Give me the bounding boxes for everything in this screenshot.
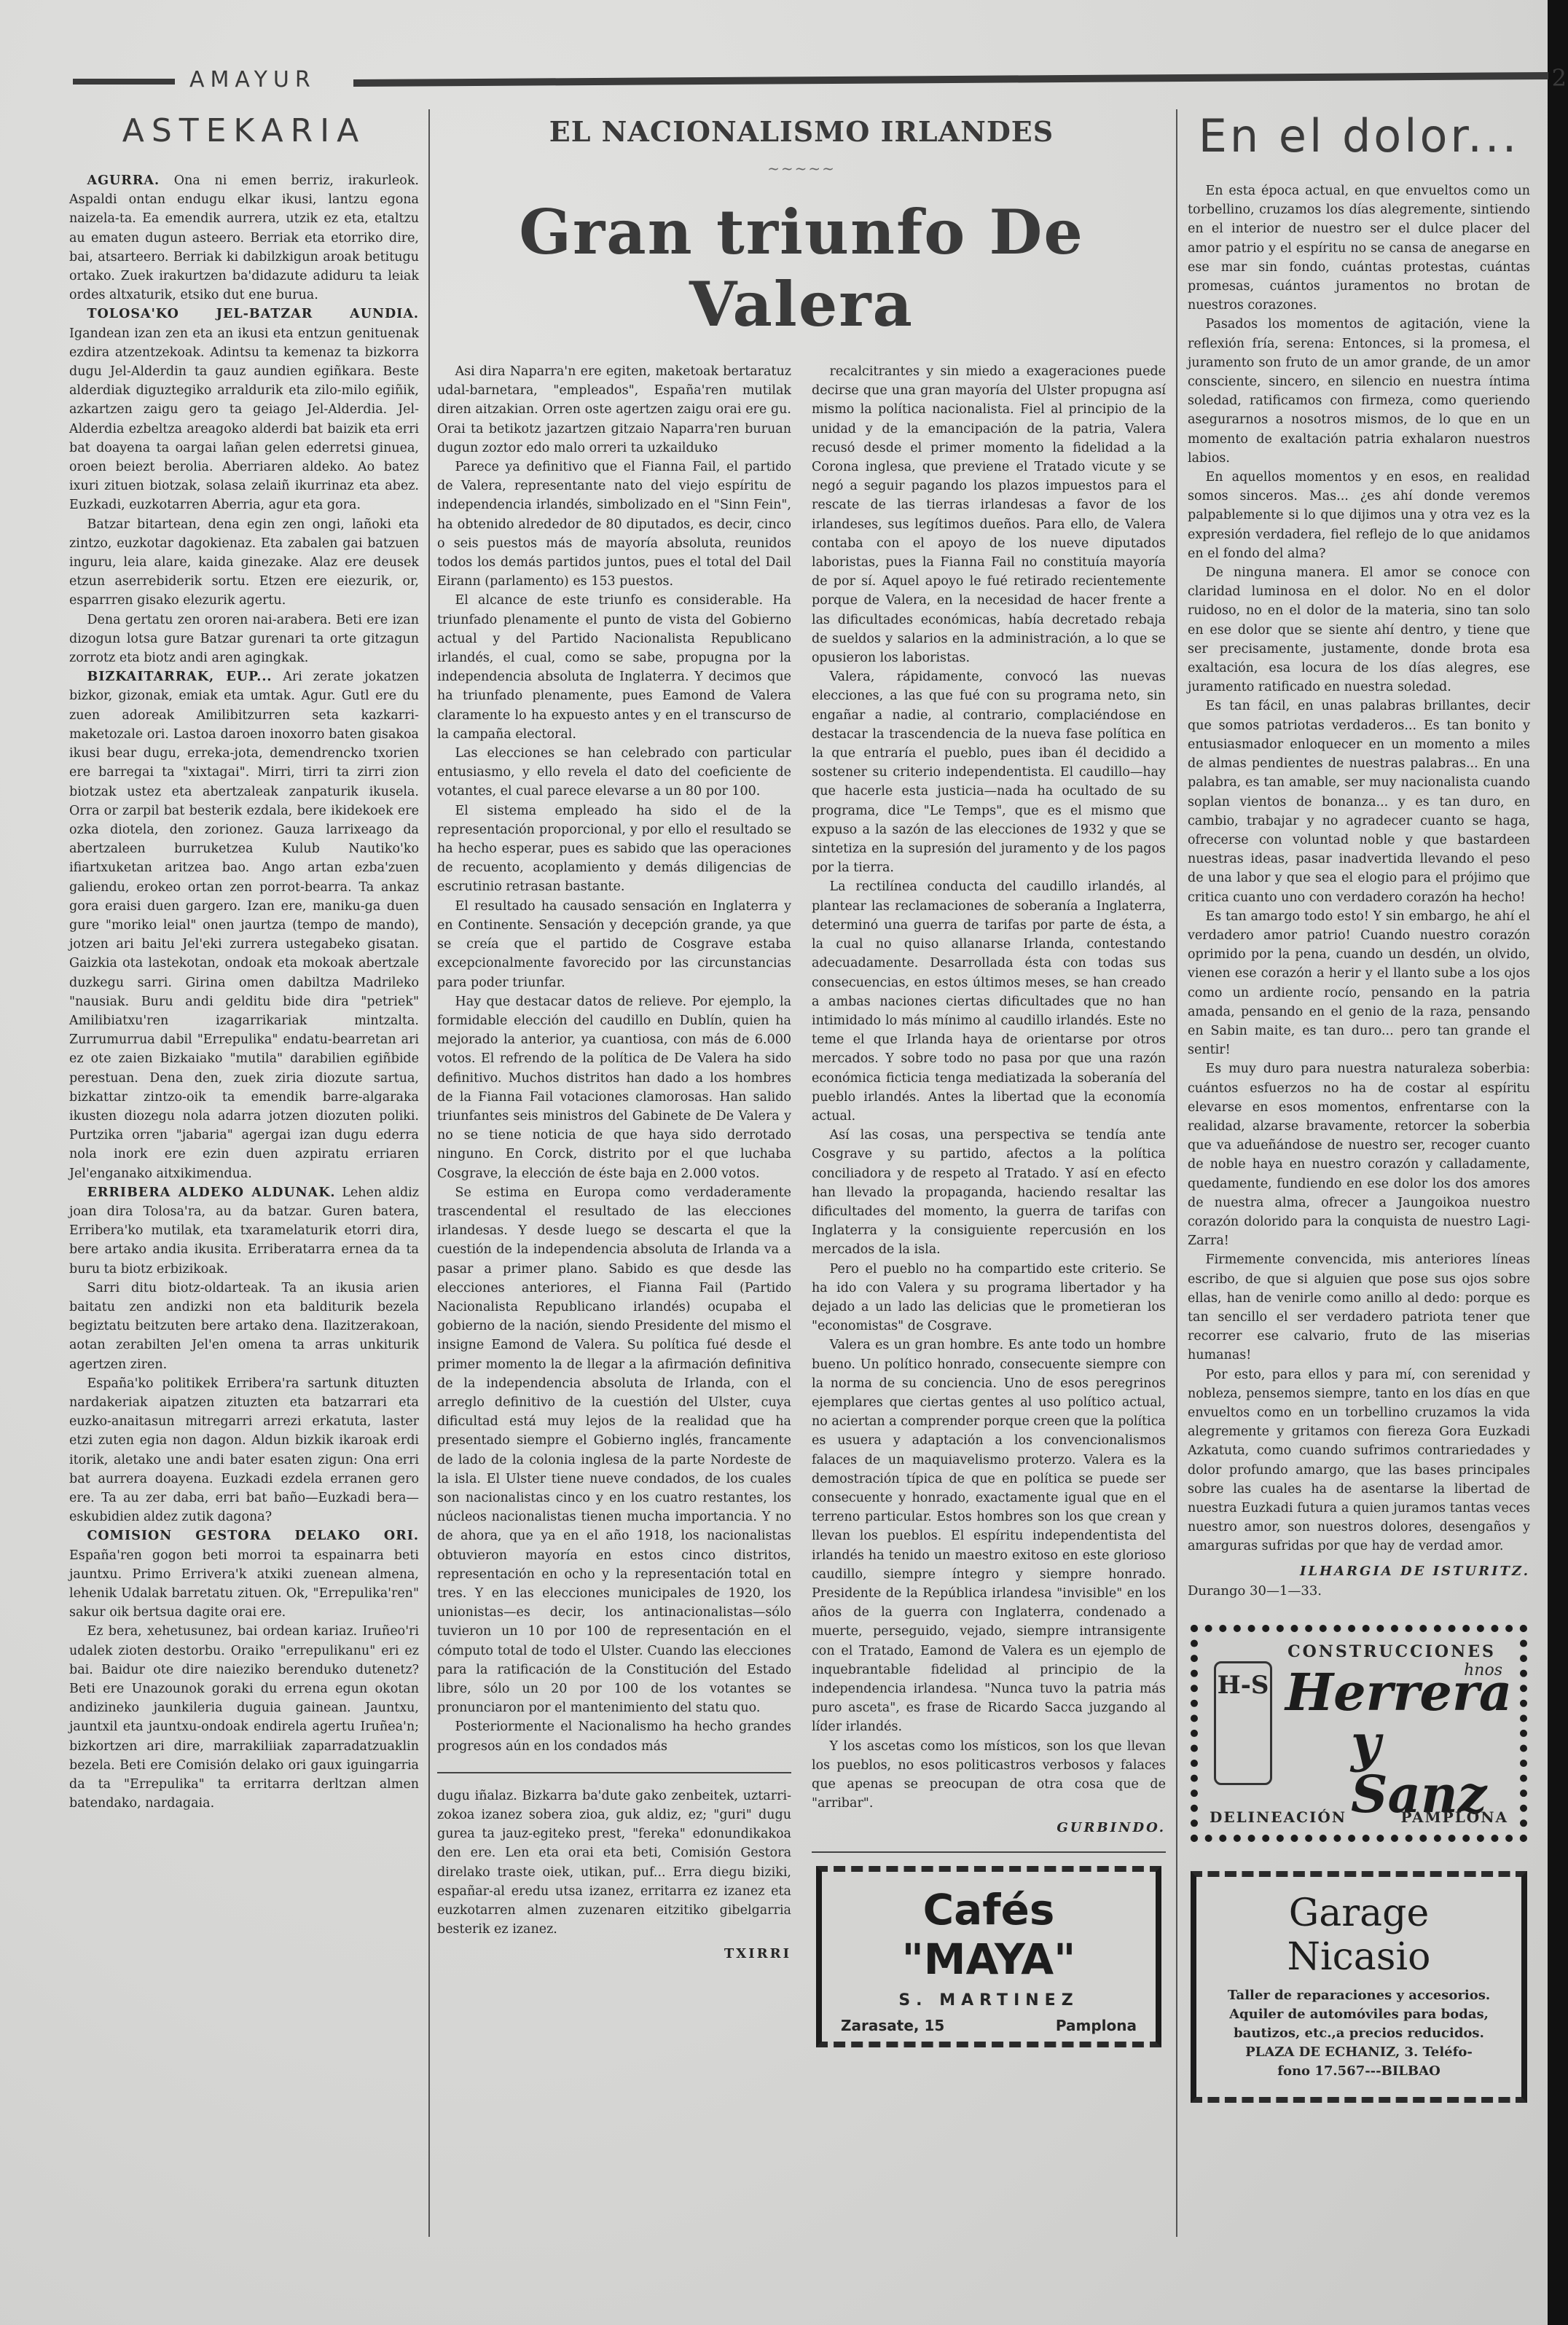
column-title: ASTEKARIA xyxy=(69,112,419,149)
paragraph-text: El sistema empleado ha sido el de la rep… xyxy=(437,804,791,895)
paragraph: Sarri ditu biotz-oldarteak. Ta an ikusia… xyxy=(69,1279,419,1374)
paragraph: Es tan amargo todo esto! Y sin embargo, … xyxy=(1188,907,1530,1060)
scan-edge xyxy=(1548,0,1568,2325)
ad-line: fono 17.567---BILBAO xyxy=(1212,2062,1505,2081)
paragraph-text: En esta época actual, en que envueltos c… xyxy=(1188,184,1530,313)
paragraph-text: España'ko politikek Erribera'ra sartunk … xyxy=(69,1376,419,1524)
paragraph-text: Por esto, para ellos y para mí, con sere… xyxy=(1188,1368,1530,1554)
paragraph-text: Asi dira Naparra'n ere egiten, maketoak … xyxy=(437,364,791,455)
paragraph: AGURRA. Ona ni emen berriz, irakurleok. … xyxy=(69,171,419,305)
paragraph-text: Es tan amargo todo esto! Y sin embargo, … xyxy=(1188,909,1530,1057)
paragraph-text: Firmemente convencida, mis anteriores lí… xyxy=(1188,1252,1530,1363)
ad-address: Zarasate, 15 xyxy=(841,2017,944,2034)
paragraph: Parece ya definitivo que el Fianna Fail,… xyxy=(437,458,791,591)
section-rule xyxy=(812,1851,1166,1853)
article-kicker: EL NACIONALISMO IRLANDES xyxy=(437,115,1166,148)
column-body: AGURRA. Ona ni emen berriz, irakurleok. … xyxy=(69,171,419,1813)
paragraph: Es tan fácil, en unas palabras brillante… xyxy=(1188,697,1530,906)
paragraph-lead: BIZKAITARRAK, EUP... xyxy=(87,670,273,684)
paragraph: El sistema empleado ha sido el de la rep… xyxy=(437,801,791,897)
paragraph: España'ko politikek Erribera'ra sartunk … xyxy=(69,1374,419,1527)
paragraph-text: Ez bera, xehetusunez, bai ordean kariaz.… xyxy=(69,1624,419,1811)
paragraph: Valera es un gran hombre. Es ante todo u… xyxy=(812,1336,1166,1736)
paragraph-text: De ninguna manera. El amor se conoce con… xyxy=(1188,565,1530,694)
paragraph-text: recalcitrantes y sin miedo a exageracion… xyxy=(812,364,1166,665)
masthead-rule xyxy=(73,79,175,85)
article-subcolumn: recalcitrantes y sin miedo a exageracion… xyxy=(812,362,1166,1813)
column-divider xyxy=(1176,109,1177,2237)
paragraph: Así las cosas, una perspectiva se tendía… xyxy=(812,1126,1166,1259)
paragraph: ERRIBERA ALDEKO ALDUNAK. Lehen aldiz joa… xyxy=(69,1183,419,1279)
paragraph: El alcance de este triunfo es considerab… xyxy=(437,591,791,744)
ad-service: DELINEACIÓN xyxy=(1210,1808,1346,1826)
irish-nationalism-article: EL NACIONALISMO IRLANDES ~~~~~ Gran triu… xyxy=(437,109,1166,2047)
continuation-text: dugu iñalaz. Bizkarra ba'dute gako zenbe… xyxy=(437,1787,791,1940)
ad-brand: Cafés "MAYA" xyxy=(841,1885,1137,1984)
paragraph: Por esto, para ellos y para mí, con sere… xyxy=(1188,1365,1530,1556)
paragraph: Batzar bitartean, dena egin zen ongi, la… xyxy=(69,515,419,611)
herrera-y-sanz-ad: CONSTRUCCIONES H-S Herrera y Sanz hnos D… xyxy=(1191,1625,1527,1842)
paragraph: Valera, rápidamente, convocó las nuevas … xyxy=(812,667,1166,877)
article-body: Asi dira Naparra'n ere egiten, maketoak … xyxy=(437,362,1166,2047)
paragraph: En aquellos momentos y en esos, en reali… xyxy=(1188,468,1530,563)
paragraph: BIZKAITARRAK, EUP... Ari zerate jokatzen… xyxy=(69,667,419,1183)
paragraph: Pero el pueblo no ha compartido este cri… xyxy=(812,1260,1166,1336)
author-signature: GURBINDO. xyxy=(812,1820,1166,1835)
paragraph-text: El alcance de este triunfo es considerab… xyxy=(437,593,791,741)
author-signature: TXIRRI xyxy=(437,1946,791,1961)
paragraph-lead: COMISION GESTORA DELAKO ORI. xyxy=(87,1529,420,1543)
article-headline: Gran triunfo De Valera xyxy=(437,196,1166,340)
monogram-logo: H-S xyxy=(1214,1661,1272,1785)
paragraph-lead: ERRIBERA ALDEKO ALDUNAK. xyxy=(87,1185,336,1200)
paragraph-lead: TOLOSA'KO JEL-BATZAR AUNDIA. xyxy=(87,307,420,321)
paragraph: El resultado ha causado sensación en Ing… xyxy=(437,897,791,992)
paragraph-text: España'ren gogon beti morroi ta espainar… xyxy=(69,1548,419,1620)
garage-nicasio-ad: Garage Nicasio Taller de reparaciones y … xyxy=(1191,1871,1527,2103)
paragraph-text: Sarri ditu biotz-oldarteak. Ta an ikusia… xyxy=(69,1281,419,1372)
paragraph-text: Batzar bitartean, dena egin zen ongi, la… xyxy=(69,517,419,608)
paragraph: Dena gertatu zen ororen nai-arabera. Bet… xyxy=(69,611,419,668)
masthead-rule xyxy=(353,72,1548,87)
paragraph-text: Las elecciones se han celebrado con part… xyxy=(437,746,791,799)
ad-line: bautizos, etc.,a precios reducidos. xyxy=(1212,2024,1505,2043)
paragraph-text: Es tan fácil, en unas palabras brillante… xyxy=(1188,699,1530,904)
ad-city: PAMPLONA xyxy=(1400,1808,1508,1826)
ornament-divider: ~~~~~ xyxy=(437,160,1166,177)
paragraph: Es muy duro para nuestra naturaleza sobe… xyxy=(1188,1059,1530,1250)
paragraph-text: Dena gertatu zen ororen nai-arabera. Bet… xyxy=(69,613,419,665)
paragraph-text: Pero el pueblo no ha compartido este cri… xyxy=(812,1262,1166,1334)
paragraph-text: Ona ni emen berriz, irakurleok. Aspaldi … xyxy=(69,173,419,302)
paragraph-text: El resultado ha causado sensación en Ing… xyxy=(437,899,791,990)
paragraph: La rectilínea conducta del caudillo irla… xyxy=(812,877,1166,1126)
page-number: 2 xyxy=(1552,64,1567,92)
newspaper-page: AMAYUR 2 ASTEKARIA AGURRA. Ona ni emen b… xyxy=(0,0,1568,2325)
paragraph-text: Es muy duro para nuestra naturaleza sobe… xyxy=(1188,1062,1530,1248)
continuation-paragraph: dugu iñalaz. Bizkarra ba'dute gako zenbe… xyxy=(437,1787,791,1940)
astekaria-column: ASTEKARIA AGURRA. Ona ni emen berriz, ir… xyxy=(69,109,419,1813)
ad-line: PLAZA DE ECHANIZ, 3. Teléfo- xyxy=(1212,2043,1505,2062)
paragraph-text: Igandean izan zen eta an ikusi eta entzu… xyxy=(69,326,419,513)
paragraph: TOLOSA'KO JEL-BATZAR AUNDIA. Igandean iz… xyxy=(69,305,419,514)
paragraph-text: Pasados los momentos de agitación, viene… xyxy=(1188,317,1530,465)
paragraph: En esta época actual, en que envueltos c… xyxy=(1188,181,1530,315)
paragraph: recalcitrantes y sin miedo a exageracion… xyxy=(812,362,1166,667)
ad-heading: CONSTRUCCIONES xyxy=(1275,1642,1508,1661)
dateline: Durango 30—1—33. xyxy=(1188,1583,1530,1599)
paragraph: Hay que destacar datos de relieve. Por e… xyxy=(437,992,791,1183)
paragraph-lead: AGURRA. xyxy=(87,173,160,188)
paragraph-text: Posteriormente el Nacionalismo ha hecho … xyxy=(437,1720,791,1753)
paragraph-text: Así las cosas, una perspectiva se tendía… xyxy=(812,1128,1166,1257)
paragraph: Pasados los momentos de agitación, viene… xyxy=(1188,315,1530,468)
author-signature: ILHARGIA DE ISTURITZ. xyxy=(1188,1564,1530,1579)
paragraph: De ninguna manera. El amor se conoce con… xyxy=(1188,563,1530,697)
section-rule xyxy=(437,1772,791,1773)
cafes-maya-ad: Cafés "MAYA" S. MARTINEZ Zarasate, 15 Pa… xyxy=(816,1866,1161,2047)
ad-line: Taller de reparaciones y accesorios. xyxy=(1212,1986,1505,2005)
ad-brand: Herrera y Sanz xyxy=(1285,1667,1520,1820)
ad-owner: S. MARTINEZ xyxy=(841,1991,1137,2010)
ad-line: Aquiler de automóviles para bodas, xyxy=(1212,2005,1505,2024)
paragraph: Posteriormente el Nacionalismo ha hecho … xyxy=(437,1717,791,1755)
paragraph: Se estima en Europa como verdaderamente … xyxy=(437,1183,791,1718)
paragraph-text: Valera, rápidamente, convocó las nuevas … xyxy=(812,670,1166,875)
ad-brand: Garage Nicasio xyxy=(1212,1891,1505,1979)
paragraph-text: Y los ascetas como los místicos, son los… xyxy=(812,1739,1166,1811)
paragraph: Las elecciones se han celebrado con part… xyxy=(437,744,791,801)
column-title: En el dolor... xyxy=(1188,109,1530,162)
ad-hnos: hnos xyxy=(1464,1661,1502,1679)
paragraph-text: Hay que destacar datos de relieve. Por e… xyxy=(437,995,791,1181)
paragraph-text: En aquellos momentos y en esos, en reali… xyxy=(1188,470,1530,561)
en-el-dolor-column: En el dolor... En esta época actual, en … xyxy=(1188,109,1530,2103)
paragraph-text: Parece ya definitivo que el Fianna Fail,… xyxy=(437,460,791,589)
column-divider xyxy=(428,109,430,2237)
paragraph: Ez bera, xehetusunez, bai ordean kariaz.… xyxy=(69,1622,419,1813)
paragraph-text: Valera es un gran hombre. Es ante todo u… xyxy=(812,1338,1166,1734)
article-subcolumn: Asi dira Naparra'n ere egiten, maketoak … xyxy=(437,362,791,1756)
paragraph: Asi dira Naparra'n ere egiten, maketoak … xyxy=(437,362,791,458)
newspaper-name: AMAYUR xyxy=(189,67,316,93)
paragraph: Y los ascetas como los místicos, son los… xyxy=(812,1737,1166,1814)
paragraph-text: Ari zerate jokatzen bizkor, gizonak, emi… xyxy=(69,670,419,1180)
paragraph: COMISION GESTORA DELAKO ORI. España'ren … xyxy=(69,1526,419,1622)
masthead: AMAYUR 2 xyxy=(73,67,1523,96)
ad-brand-line: y Sanz xyxy=(1285,1718,1520,1820)
column-body: En esta época actual, en que envueltos c… xyxy=(1188,181,1530,1556)
paragraph-text: Se estima en Europa como verdaderamente … xyxy=(437,1185,791,1715)
paragraph-text: La rectilínea conducta del caudillo irla… xyxy=(812,879,1166,1123)
ad-city: Pamplona xyxy=(1056,2017,1137,2034)
paragraph: Firmemente convencida, mis anteriores lí… xyxy=(1188,1250,1530,1365)
